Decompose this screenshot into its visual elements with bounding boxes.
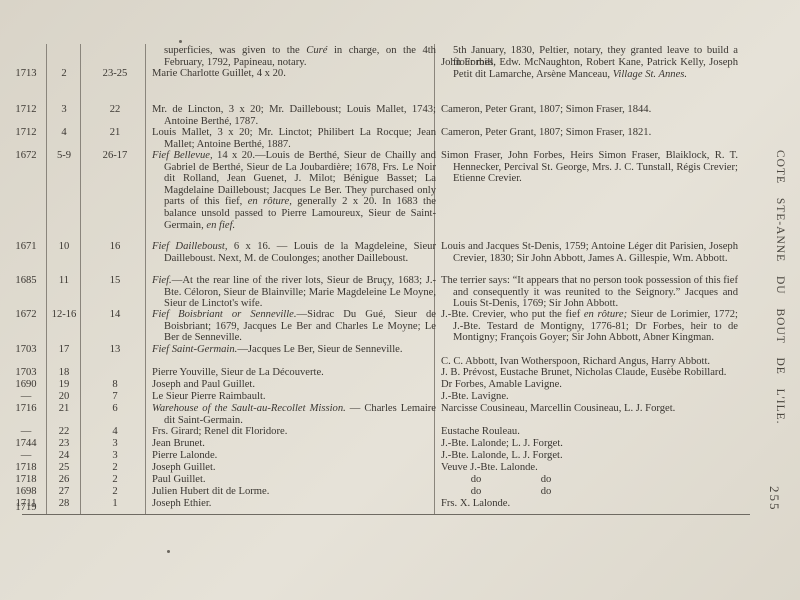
arpents-cell: 4 xyxy=(81,426,149,438)
year-cell: 1672 xyxy=(6,309,46,321)
continued-original-text: superficies, was given to the Curé in ch… xyxy=(152,45,436,68)
original-grantee-cell: Mr. de Lincton, 3 x 20; Mr. Dailleboust;… xyxy=(152,104,436,127)
arpents-cell: 3 xyxy=(81,438,149,450)
later-owners-cell: Eustache Rouleau. xyxy=(441,426,738,438)
lot-cell: 11 xyxy=(47,275,81,287)
lot-cell: 26 xyxy=(47,474,81,486)
later-owners-cell: Frs. X. Lalonde. xyxy=(441,498,738,510)
lot-cell: 20 xyxy=(47,391,81,403)
lot-cell: 23 xyxy=(47,438,81,450)
arpents-cell: 13 xyxy=(81,344,149,356)
year-cell: 1719 xyxy=(6,502,46,514)
arpents-cell: 15 xyxy=(81,275,149,287)
original-grantee-cell: Louis Mallet, 3 x 20; Mr. Linctot; Phili… xyxy=(152,127,436,150)
table-bottom-rule xyxy=(22,514,750,515)
lot-cell: 18 xyxy=(47,367,81,379)
print-speck xyxy=(167,550,170,553)
lot-cell: 28 xyxy=(47,498,81,510)
year-cell: 1712 xyxy=(6,104,46,116)
later-owners-cell: J.-Bte. Lalonde; L. J. Forget. xyxy=(441,438,738,450)
year-cell: 1718 xyxy=(6,462,46,474)
later-owners-cell: J.-Bte. Lavigne. xyxy=(441,391,738,403)
original-grantee-cell: Frs. Girard; Renel dit Floridore. xyxy=(152,426,436,438)
year-cell: 1703 xyxy=(6,344,46,356)
ditto-mark: do xyxy=(441,486,511,498)
original-grantee-cell: Fief Saint-Germain.—Jacques Le Ber, Sieu… xyxy=(152,344,436,356)
later-owners-cell: Veuve J.-Bte. Lalonde. xyxy=(441,462,738,474)
later-owners-cell: John Forbes, Edw. McNaughton, Robert Kan… xyxy=(441,57,738,80)
later-owners-cell: J.-Bte. Crevier, who put the fief en rôt… xyxy=(441,309,738,344)
arpents-cell: 14 xyxy=(81,309,149,321)
original-grantee-cell: Paul Guillet. xyxy=(152,474,436,486)
later-owners-cell: Cameron, Peter Grant, 1807; Simon Fraser… xyxy=(441,127,738,139)
original-grantee-cell: Fief Dailleboust, 6 x 16. — Louis de la … xyxy=(152,241,436,264)
ditto-mark: do xyxy=(511,486,581,498)
arpents-cell: 2 xyxy=(81,474,149,486)
original-grantee-cell: Julien Hubert dit de Lorme. xyxy=(152,486,436,498)
original-grantee-cell: Fief Bellevue, 14 x 20.—Louis de Berthé,… xyxy=(152,150,436,231)
arpents-cell: 23-25 xyxy=(81,68,149,80)
later-owners-cell: J. B. Prévost, Eustache Brunet, Nicholas… xyxy=(441,367,738,379)
original-grantee-cell: Fief.—At the rear line of the river lots… xyxy=(152,275,436,310)
later-owners-cell: C. C. Abbott, Ivan Wotherspoon, Richard … xyxy=(441,356,738,368)
original-grantee-cell: Joseph Guillet. xyxy=(152,462,436,474)
lot-cell: 4 xyxy=(47,127,81,139)
ditto-mark: do xyxy=(511,474,581,486)
year-cell: 1744 xyxy=(6,438,46,450)
lot-cell: 17 xyxy=(47,344,81,356)
later-owners-cell: J.-Bte. Lalonde, L. J. Forget. xyxy=(441,450,738,462)
year-cell: — xyxy=(6,391,46,403)
lot-cell: 24 xyxy=(47,450,81,462)
page-number: 255 xyxy=(762,486,782,512)
later-owners-cell: Cameron, Peter Grant, 1807; Simon Fraser… xyxy=(441,104,738,116)
year-cell: — xyxy=(6,450,46,462)
lot-cell: 21 xyxy=(47,403,81,415)
arpents-cell: 16 xyxy=(81,241,149,253)
year-cell: 1690 xyxy=(6,379,46,391)
original-grantee-cell: Pierre Youville, Sieur de La Découverte. xyxy=(152,367,436,379)
year-cell: 1671 xyxy=(6,241,46,253)
lot-cell: 27 xyxy=(47,486,81,498)
lot-cell: 10 xyxy=(47,241,81,253)
year-cell: 1716 xyxy=(6,403,46,415)
year-cell: 1698 xyxy=(6,486,46,498)
later-owners-cell: Dr Forbes, Amable Lavigne. xyxy=(441,379,738,391)
later-owners-cell: dodo xyxy=(441,474,726,486)
later-owners-cell: Simon Fraser, John Forbes, Heirs Simon F… xyxy=(441,150,738,185)
later-owners-cell: dodo xyxy=(441,486,726,498)
lot-cell: 12-16 xyxy=(47,309,81,321)
original-grantee-cell: Warehouse of the Sault-au-Recollet Missi… xyxy=(152,403,436,426)
running-title: COTE STE-ANNE DU BOUT DE L'ILE. xyxy=(762,150,786,430)
ditto-mark: do xyxy=(441,474,511,486)
original-grantee-cell: Pierre Lalonde. xyxy=(152,450,436,462)
book-page: superficies, was given to the Curé in ch… xyxy=(0,0,800,600)
later-owners-cell: Louis and Jacques St-Denis, 1759; Antoin… xyxy=(441,241,738,264)
arpents-cell: 21 xyxy=(81,127,149,139)
arpents-cell: 2 xyxy=(81,486,149,498)
year-cell: 1718 xyxy=(6,474,46,486)
arpents-cell: 26-17 xyxy=(81,150,149,162)
arpents-cell: 3 xyxy=(81,450,149,462)
lot-cell: 5-9 xyxy=(47,150,81,162)
print-speck xyxy=(179,40,182,43)
year-cell: — xyxy=(6,426,46,438)
lot-cell: 25 xyxy=(47,462,81,474)
original-grantee-cell: Jean Brunet. xyxy=(152,438,436,450)
arpents-cell: 8 xyxy=(81,379,149,391)
lot-cell: 22 xyxy=(47,426,81,438)
arpents-cell: 7 xyxy=(81,391,149,403)
original-grantee-cell: Le Sieur Pierre Raimbault. xyxy=(152,391,436,403)
year-cell: 1712 xyxy=(6,127,46,139)
year-cell: 1713 xyxy=(6,68,46,80)
original-grantee-cell: Joseph Ethier. xyxy=(152,498,436,510)
year-cell: 1685 xyxy=(6,275,46,287)
lot-cell: 2 xyxy=(47,68,81,80)
arpents-cell: 22 xyxy=(81,104,149,116)
later-owners-cell: The terrier says: “It appears that no pe… xyxy=(441,275,738,310)
original-grantee-cell: Fief Boisbriant or Senneville.—Sidrac Du… xyxy=(152,309,436,344)
original-grantee-cell: Marie Charlotte Guillet, 4 x 20. xyxy=(152,68,436,80)
year-cell: 1703 xyxy=(6,367,46,379)
original-grantee-cell: Joseph and Paul Guillet. xyxy=(152,379,436,391)
arpents-cell: 2 xyxy=(81,462,149,474)
later-owners-cell: Narcisse Cousineau, Marcellin Cousineau,… xyxy=(441,403,738,415)
lot-cell: 3 xyxy=(47,104,81,116)
arpents-cell: 1 xyxy=(81,498,149,510)
year-cell: 1672 xyxy=(6,150,46,162)
arpents-cell: 6 xyxy=(81,403,149,415)
lot-cell: 19 xyxy=(47,379,81,391)
